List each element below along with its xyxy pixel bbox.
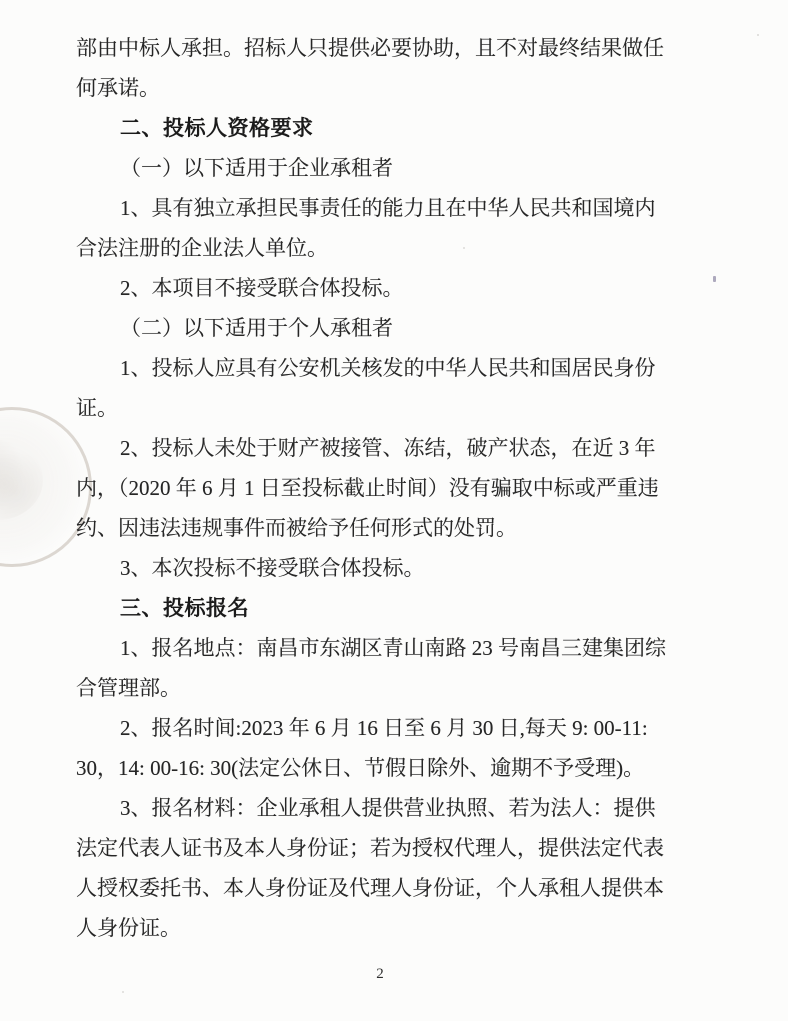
body-text-line: 2、投标人未处于财产被接管、冻结，破产状态，在近 3 年 (76, 428, 698, 468)
body-text-line: 2、本项目不接受联合体投标。 (76, 268, 698, 308)
subheading-individual-lessee: （二）以下适用于个人承租者 (76, 308, 698, 348)
scan-speck (713, 276, 716, 282)
scan-speck (757, 34, 759, 36)
scan-speck (122, 991, 124, 993)
body-text-line: 合管理部。 (76, 668, 698, 708)
body-text-line: 内，（2020 年 6 月 1 日至投标截止时间）没有骗取中标或严重违 (76, 468, 698, 508)
body-text-line: 3、报名材料：企业承租人提供营业执照、若为法人：提供 (76, 788, 698, 828)
body-text-line: 3、本次投标不接受联合体投标。 (76, 548, 698, 588)
document-text-block: 部由中标人承担。招标人只提供必要协助，且不对最终结果做任 何承诺。 二、投标人资… (76, 28, 698, 948)
body-text-line: 合法注册的企业法人单位。 (76, 228, 698, 268)
body-text-line: 1、报名地点：南昌市东湖区青山南路 23 号南昌三建集团综 (76, 628, 698, 668)
body-text-line: 人授权委托书、本人身份证及代理人身份证，个人承租人提供本 (76, 868, 698, 908)
heading-bid-registration: 三、投标报名 (76, 588, 698, 628)
body-text-line: 证。 (76, 388, 698, 428)
body-text-line: 30，14: 00-16: 30(法定公休日、节假日除外、逾期不予受理)。 (76, 748, 698, 788)
page-number: 2 (371, 966, 389, 983)
subheading-enterprise-lessee: （一）以下适用于企业承租者 (76, 148, 698, 188)
body-text-line: 人身份证。 (76, 908, 698, 948)
body-text-line: 2、报名时间:2023 年 6 月 16 日至 6 月 30 日,每天 9: 0… (76, 708, 698, 748)
document-page: 部由中标人承担。招标人只提供必要协助，且不对最终结果做任 何承诺。 二、投标人资… (0, 0, 788, 1021)
body-text-line: 1、投标人应具有公安机关核发的中华人民共和国居民身份 (76, 348, 698, 388)
body-text-line: 约、因违法违规事件而被给予任何形式的处罚。 (76, 508, 698, 548)
body-text-line: 部由中标人承担。招标人只提供必要协助，且不对最终结果做任 (76, 28, 698, 68)
body-text-line: 法定代表人证书及本人身份证；若为授权代理人，提供法定代表 (76, 828, 698, 868)
heading-bidder-qualification: 二、投标人资格要求 (76, 108, 698, 148)
body-text-line: 1、具有独立承担民事责任的能力且在中华人民共和国境内 (76, 188, 698, 228)
body-text-line: 何承诺。 (76, 68, 698, 108)
seal-texture (0, 440, 43, 520)
